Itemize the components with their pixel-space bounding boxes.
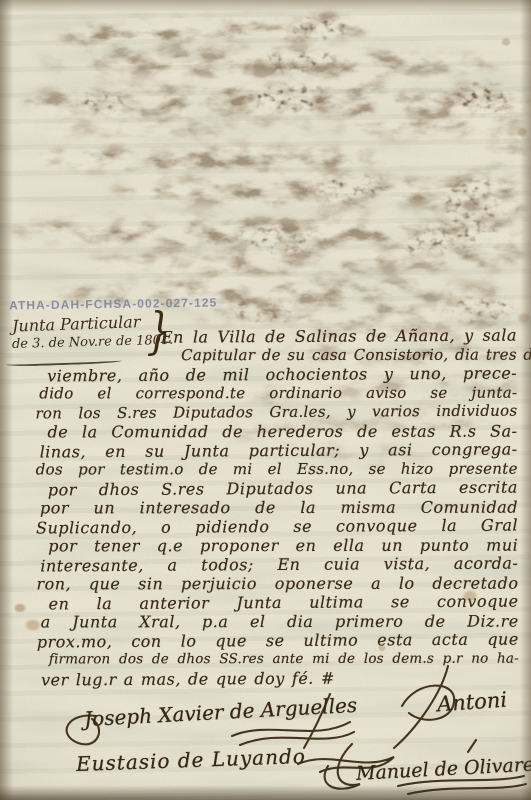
manuscript-line: por tener q.e proponer en ella un punto …: [36, 536, 518, 556]
manuscript-line: dos por testim.o de mi el Ess.no, se hiz…: [36, 460, 518, 480]
manuscript-line: interesante, a todos; En cuia vista, aco…: [36, 554, 518, 576]
manuscript-line: prox.mo, con lo que se ultimo esta acta …: [37, 630, 519, 652]
signature-eustasio-de-luyando: Eustasio de Luyando: [76, 744, 307, 776]
manuscript-body: En la Villa de Salinas de Añana, y sala …: [35, 326, 519, 690]
manuscript-line: ron los S.res Diputados Gra.les, y vario…: [35, 402, 517, 424]
manuscript-line: por dhos S.res Diputados una Carta escri…: [36, 478, 518, 500]
manuscript-line: por un interesado de la misma Comunidad: [36, 498, 518, 518]
manuscript-line: ver lug.r a mas, de que doy fé. #: [37, 668, 519, 690]
manuscript-line: a Junta Xral, p.a el dia primero de Diz.…: [37, 612, 519, 632]
manuscript-line: Suplicando, o pidiendo se convoque la Gr…: [36, 516, 518, 538]
manuscript-line: En la Villa de Salinas de Añana, y sala: [35, 326, 517, 348]
manuscript-line: ron, que sin perjuicio oponerse a lo dec…: [36, 574, 518, 594]
manuscript-line: firmaron dos de dhos SS.res ante mi de l…: [37, 650, 519, 670]
manuscript-page: ATHA-DAH-FCHSA-002-027-125 Junta Particu…: [0, 0, 531, 800]
manuscript-line: viembre, año de mil ochocientos y uno, p…: [35, 364, 517, 386]
manuscript-line: en la anterior Junta ultima se convoque: [37, 592, 519, 614]
signature-manuel-de-olivares: Manuel de Olivares: [356, 753, 531, 785]
signature-antoni: Antoni: [436, 688, 508, 717]
manuscript-line: Capitular de su casa Consistorio, dia tr…: [35, 346, 517, 366]
signature-joseph-xavier-de-arguelles: Joseph Xavier de Arguelles: [84, 693, 358, 731]
manuscript-line: de la Comunidad de herederos de estas R.…: [36, 422, 518, 442]
manuscript-line: linas, en su Junta particular; y asi con…: [36, 440, 518, 462]
manuscript-line: dido el correspond.te ordinario aviso se…: [35, 384, 517, 404]
archive-reference-stamp: ATHA-DAH-FCHSA-002-027-125: [9, 296, 218, 313]
